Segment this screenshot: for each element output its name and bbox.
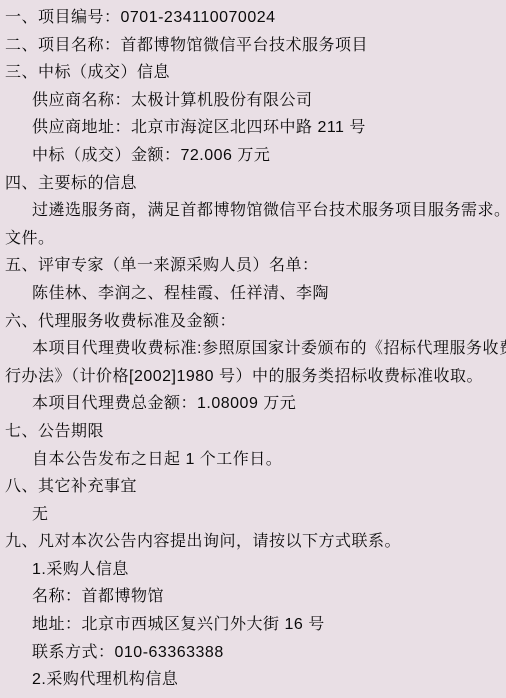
experts-heading: 五、评审专家（单一来源采购人员）名单： [0,252,506,280]
agency-fee-total: 本项目代理费总金额：1.08009 万元 [0,390,506,418]
supplier-address: 供应商地址：北京市海淀区北四环中路 211 号 [0,114,506,142]
contact-heading: 九、凡对本次公告内容提出询问，请按以下方式联系。 [0,528,506,556]
agency-fee-standard-line-1: 本项目代理费收费标准:参照原国家计委颁布的《招标代理服务收费管理暂 [0,335,506,363]
project-number: 一、项目编号：0701-234110070024 [0,4,506,32]
experts-names: 陈佳林、李润之、程桂霞、任祥清、李陶 [0,280,506,308]
subject-info-heading: 四、主要标的信息 [0,170,506,198]
announcement-period-text: 自本公告发布之日起 1 个工作日。 [0,446,506,474]
award-info-heading: 三、中标（成交）信息 [0,59,506,87]
announcement-body: 一、项目编号：0701-234110070024二、项目名称：首都博物馆微信平台… [0,0,506,698]
agency-info-subheading: 2.采购代理机构信息 [0,666,506,694]
subject-info-text-line-2: 文件。 [0,225,506,253]
subject-info-text-line-1: 过遴选服务商，满足首都博物馆微信平台技术服务项目服务需求。详见遴选 [0,197,506,225]
project-name: 二、项目名称：首都博物馆微信平台技术服务项目 [0,32,506,60]
purchaser-name: 名称：首都博物馆 [0,583,506,611]
agency-fee-heading: 六、代理服务收费标准及金额： [0,308,506,336]
purchaser-address: 地址：北京市西城区复兴门外大街 16 号 [0,611,506,639]
announcement-period-heading: 七、公告期限 [0,418,506,446]
purchaser-contact: 联系方式：010-63363388 [0,639,506,667]
other-matters-text: 无 [0,501,506,529]
purchaser-info-subheading: 1.采购人信息 [0,556,506,584]
supplier-name: 供应商名称：太极计算机股份有限公司 [0,87,506,115]
agency-fee-standard-line-2: 行办法》（计价格[2002]1980 号）中的服务类招标收费标准收取。 [0,363,506,391]
award-amount: 中标（成交）金额：72.006 万元 [0,142,506,170]
other-matters-heading: 八、其它补充事宜 [0,473,506,501]
